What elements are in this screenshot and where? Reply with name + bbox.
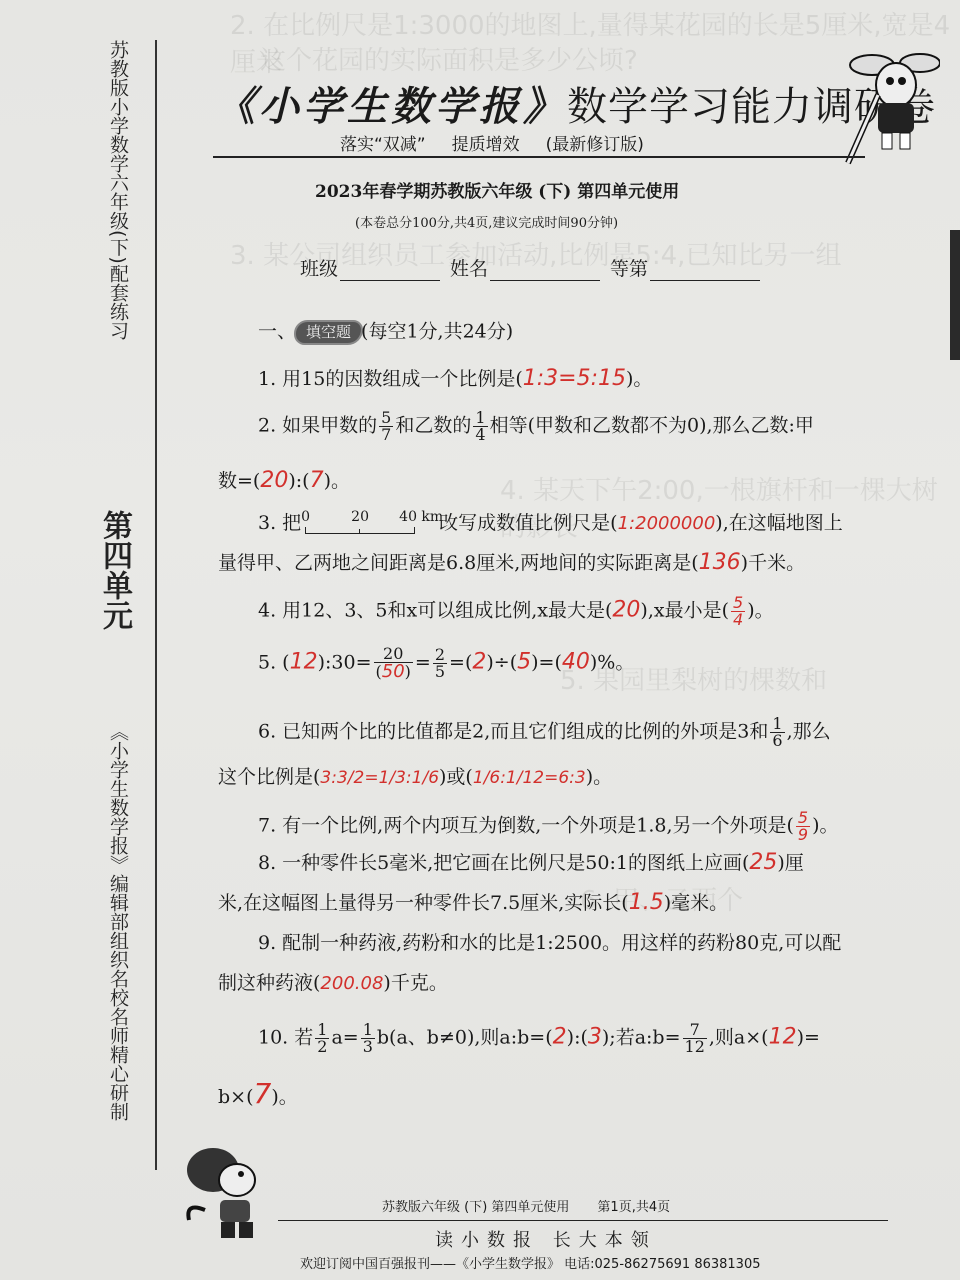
- footer-edition: 苏教版六年级 (下) 第四单元使用第1页,共4页: [382, 1196, 670, 1215]
- answer[interactable]: 25: [749, 850, 777, 875]
- question-3: 3. 把02040 km改写成数值比例尺是(1:2000000),在这幅地图上: [258, 512, 843, 536]
- sidebar-publisher-note: 《小学生数学报》编辑部组织名校名师精心研制: [105, 722, 132, 1121]
- answer[interactable]: 7: [310, 468, 324, 493]
- name-blank[interactable]: [490, 262, 600, 281]
- exam-title: 《小学生数学报》数学学习能力调研卷: [215, 75, 936, 132]
- question-6-cont: 这个比例是(3:3/2=1/3:1/6)或(1/6:1/12=6:3)。: [218, 768, 612, 787]
- answer[interactable]: 40: [562, 650, 590, 675]
- section-badge: 填空题: [296, 322, 361, 343]
- question-2: 2. 如果甲数的57和乙数的14相等(甲数和乙数都不为0),那么乙数:甲: [258, 410, 814, 443]
- student-info-fields: 班级 姓名 等第: [300, 254, 770, 281]
- answer[interactable]: 1:3=5:15: [523, 366, 626, 391]
- question-9-cont: 制这种药液(200.08)千克。: [218, 974, 448, 993]
- brand-name: 《小学生数学报》: [215, 83, 567, 130]
- question-3-cont: 量得甲、乙两地之间距离是6.8厘米,两地间的实际距离是(136)千米。: [218, 552, 805, 574]
- mascot-dog-icon: [840, 45, 940, 165]
- slogan-2: 提质增效: [452, 135, 520, 155]
- question-10-cont: b×(7)。: [218, 1080, 298, 1108]
- page-edge-tab: [950, 230, 960, 360]
- question-1: 1. 用15的因数组成一个比例是(1:3=5:15)。: [258, 368, 652, 390]
- term-line: 2023年春学期苏教版六年级 (下) 第四单元使用: [315, 177, 679, 202]
- answer[interactable]: 20: [612, 598, 640, 623]
- mascot-cat-icon: [175, 1140, 275, 1250]
- answer[interactable]: 200.08: [320, 973, 383, 994]
- answer[interactable]: 50: [382, 661, 405, 682]
- answer[interactable]: 59: [796, 810, 810, 843]
- question-6: 6. 已知两个比的比值都是2,而且它们组成的比例的外项是3和16,那么: [258, 716, 831, 749]
- answer[interactable]: 2: [553, 1025, 567, 1050]
- header-divider: [213, 156, 865, 158]
- section-note: (每空1分,共24分): [361, 321, 513, 343]
- grade-field[interactable]: 等第: [610, 254, 760, 281]
- footer-divider: [278, 1220, 888, 1221]
- exam-subtitle: 落实“双减”提质增效(最新修订版): [340, 130, 670, 155]
- answer[interactable]: 54: [731, 595, 745, 628]
- sidebar-series-title: 苏教版小学数学六年级(下)配套练习: [105, 40, 132, 340]
- answer[interactable]: 12: [769, 1025, 797, 1050]
- answer[interactable]: 1/6:1/12=6:3: [473, 768, 586, 788]
- answer[interactable]: 136: [699, 550, 741, 575]
- scale-bar-icon: 02040 km: [301, 512, 417, 536]
- slogan-1: 落实“双减”: [340, 135, 426, 155]
- footer-contact: 欢迎订阅中国百强报刊——《小学生数学报》 电话:025-86275691 863…: [300, 1253, 761, 1272]
- answer[interactable]: 3: [588, 1025, 602, 1050]
- page-number: 第1页,共4页: [597, 1200, 670, 1215]
- question-7: 7. 有一个比例,两个内项互为倒数,一个外项是1.8,另一个外项是(59)。: [258, 810, 839, 843]
- answer[interactable]: 7: [254, 1077, 272, 1110]
- answer[interactable]: 20: [260, 468, 288, 493]
- section-heading: 一、填空题(每空1分,共24分): [258, 322, 513, 343]
- edition-label: (最新修订版): [546, 135, 644, 155]
- question-9: 9. 配制一种药液,药粉和水的比是1:2500。用这样的药粉80克,可以配: [258, 934, 841, 953]
- name-field[interactable]: 姓名: [450, 254, 600, 281]
- question-2-cont: 数=(20):(7)。: [218, 470, 350, 492]
- answer[interactable]: 3:3/2=1/3:1/6: [320, 768, 439, 788]
- question-10: 10. 若12a=13b(a、b≠0),则a:b=(2):(3);若a:b=71…: [258, 1022, 820, 1055]
- binding-line: [155, 40, 157, 1170]
- answer[interactable]: 1.5: [629, 890, 664, 915]
- question-5: 5. (12):30=20(50)=25=(2)÷(5)=(40)%。: [258, 646, 634, 681]
- grade-blank[interactable]: [650, 262, 760, 281]
- class-blank[interactable]: [340, 262, 440, 281]
- answer[interactable]: 1:2000000: [618, 513, 716, 534]
- question-8: 8. 一种零件长5毫米,把它画在比例尺是50:1的图纸上应画(25)厘: [258, 852, 804, 874]
- answer[interactable]: 2: [472, 650, 486, 675]
- sidebar-unit-label: 第四单元: [92, 510, 136, 630]
- answer[interactable]: 5: [517, 650, 531, 675]
- class-field[interactable]: 班级: [300, 254, 440, 281]
- question-8-cont: 米,在这幅图上量得另一种零件长7.5厘米,实际长(1.5)毫米。: [218, 892, 728, 914]
- answer[interactable]: 12: [290, 650, 318, 675]
- exam-info-line: (本卷总分100分,共4页,建议完成时间90分钟): [355, 212, 618, 231]
- footer-motto: 读小数报 长大本领: [435, 1226, 657, 1252]
- question-4: 4. 用12、3、5和x可以组成比例,x最大是(20),x最小是(54)。: [258, 595, 774, 628]
- bleed-through-text: 这个花园的实际面积是多少公顷?: [260, 40, 638, 77]
